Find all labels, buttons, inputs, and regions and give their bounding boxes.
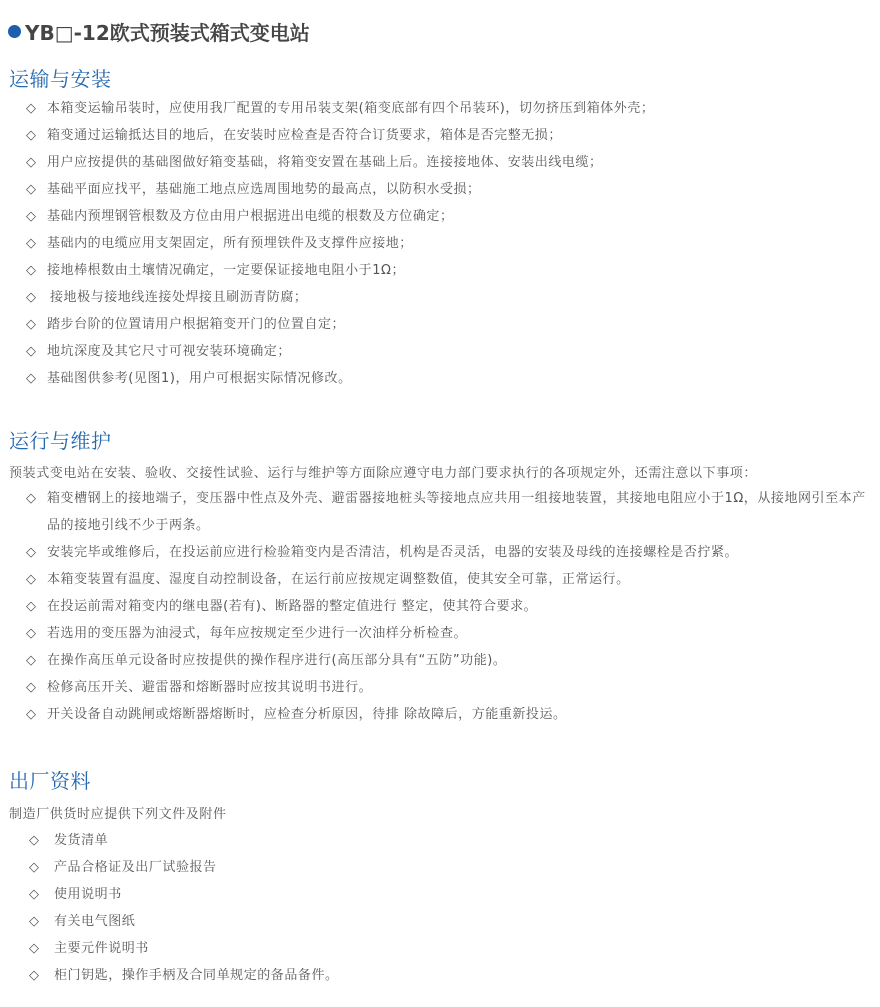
diamond-bullet-icon: ◇ [29, 854, 40, 881]
diamond-bullet-icon: ◇ [26, 674, 37, 701]
diamond-bullet-icon: ◇ [29, 908, 40, 935]
diamond-bullet-icon: ◇ [26, 338, 37, 365]
diamond-bullet-icon: ◇ [26, 230, 37, 257]
diamond-bullet-icon: ◇ [26, 539, 37, 566]
factory-documents-intro: 制造厂供货时应提供下列文件及附件 [9, 803, 227, 822]
section-heading-transport-installation: 运输与安装 [9, 63, 112, 92]
page-title: YB□-12欧式预装式箱式变电站 [8, 17, 310, 45]
diamond-bullet-icon: ◇ [26, 566, 37, 593]
diamond-bullet-icon: ◇ [26, 257, 37, 284]
diamond-bullet-icon: ◇ [26, 485, 37, 512]
diamond-bullet-icon: ◇ [26, 593, 37, 620]
diamond-bullet-icon: ◇ [29, 881, 40, 908]
diamond-bullet-icon: ◇ [26, 149, 37, 176]
bullet-icon [8, 25, 21, 38]
diamond-bullet-icon: ◇ [26, 701, 37, 728]
page-title-text: YB□-12欧式预装式箱式变电站 [25, 17, 310, 46]
diamond-bullet-icon: ◇ [26, 620, 37, 647]
diamond-bullet-icon: ◇ [26, 95, 37, 122]
operation-maintenance-intro: 预装式变电站在安装、验收、交接性试验、运行与维护等方面除应遵守电力部门要求执行的… [9, 462, 757, 481]
diamond-bullet-icon: ◇ [26, 647, 37, 674]
diamond-bullet-icon: ◇ [29, 827, 40, 854]
diamond-bullet-icon: ◇ [29, 935, 40, 962]
diamond-bullet-icon: ◇ [26, 365, 37, 392]
diamond-bullet-icon: ◇ [26, 122, 37, 149]
diamond-bullet-icon: ◇ [26, 176, 37, 203]
section-heading-operation-maintenance: 运行与维护 [9, 425, 112, 454]
diamond-bullet-icon: ◇ [26, 203, 37, 230]
diamond-bullet-icon: ◇ [26, 284, 37, 311]
diamond-bullet-icon: ◇ [29, 962, 40, 989]
diamond-bullet-icon: ◇ [26, 311, 37, 338]
section-heading-factory-documents: 出厂资料 [9, 765, 91, 794]
